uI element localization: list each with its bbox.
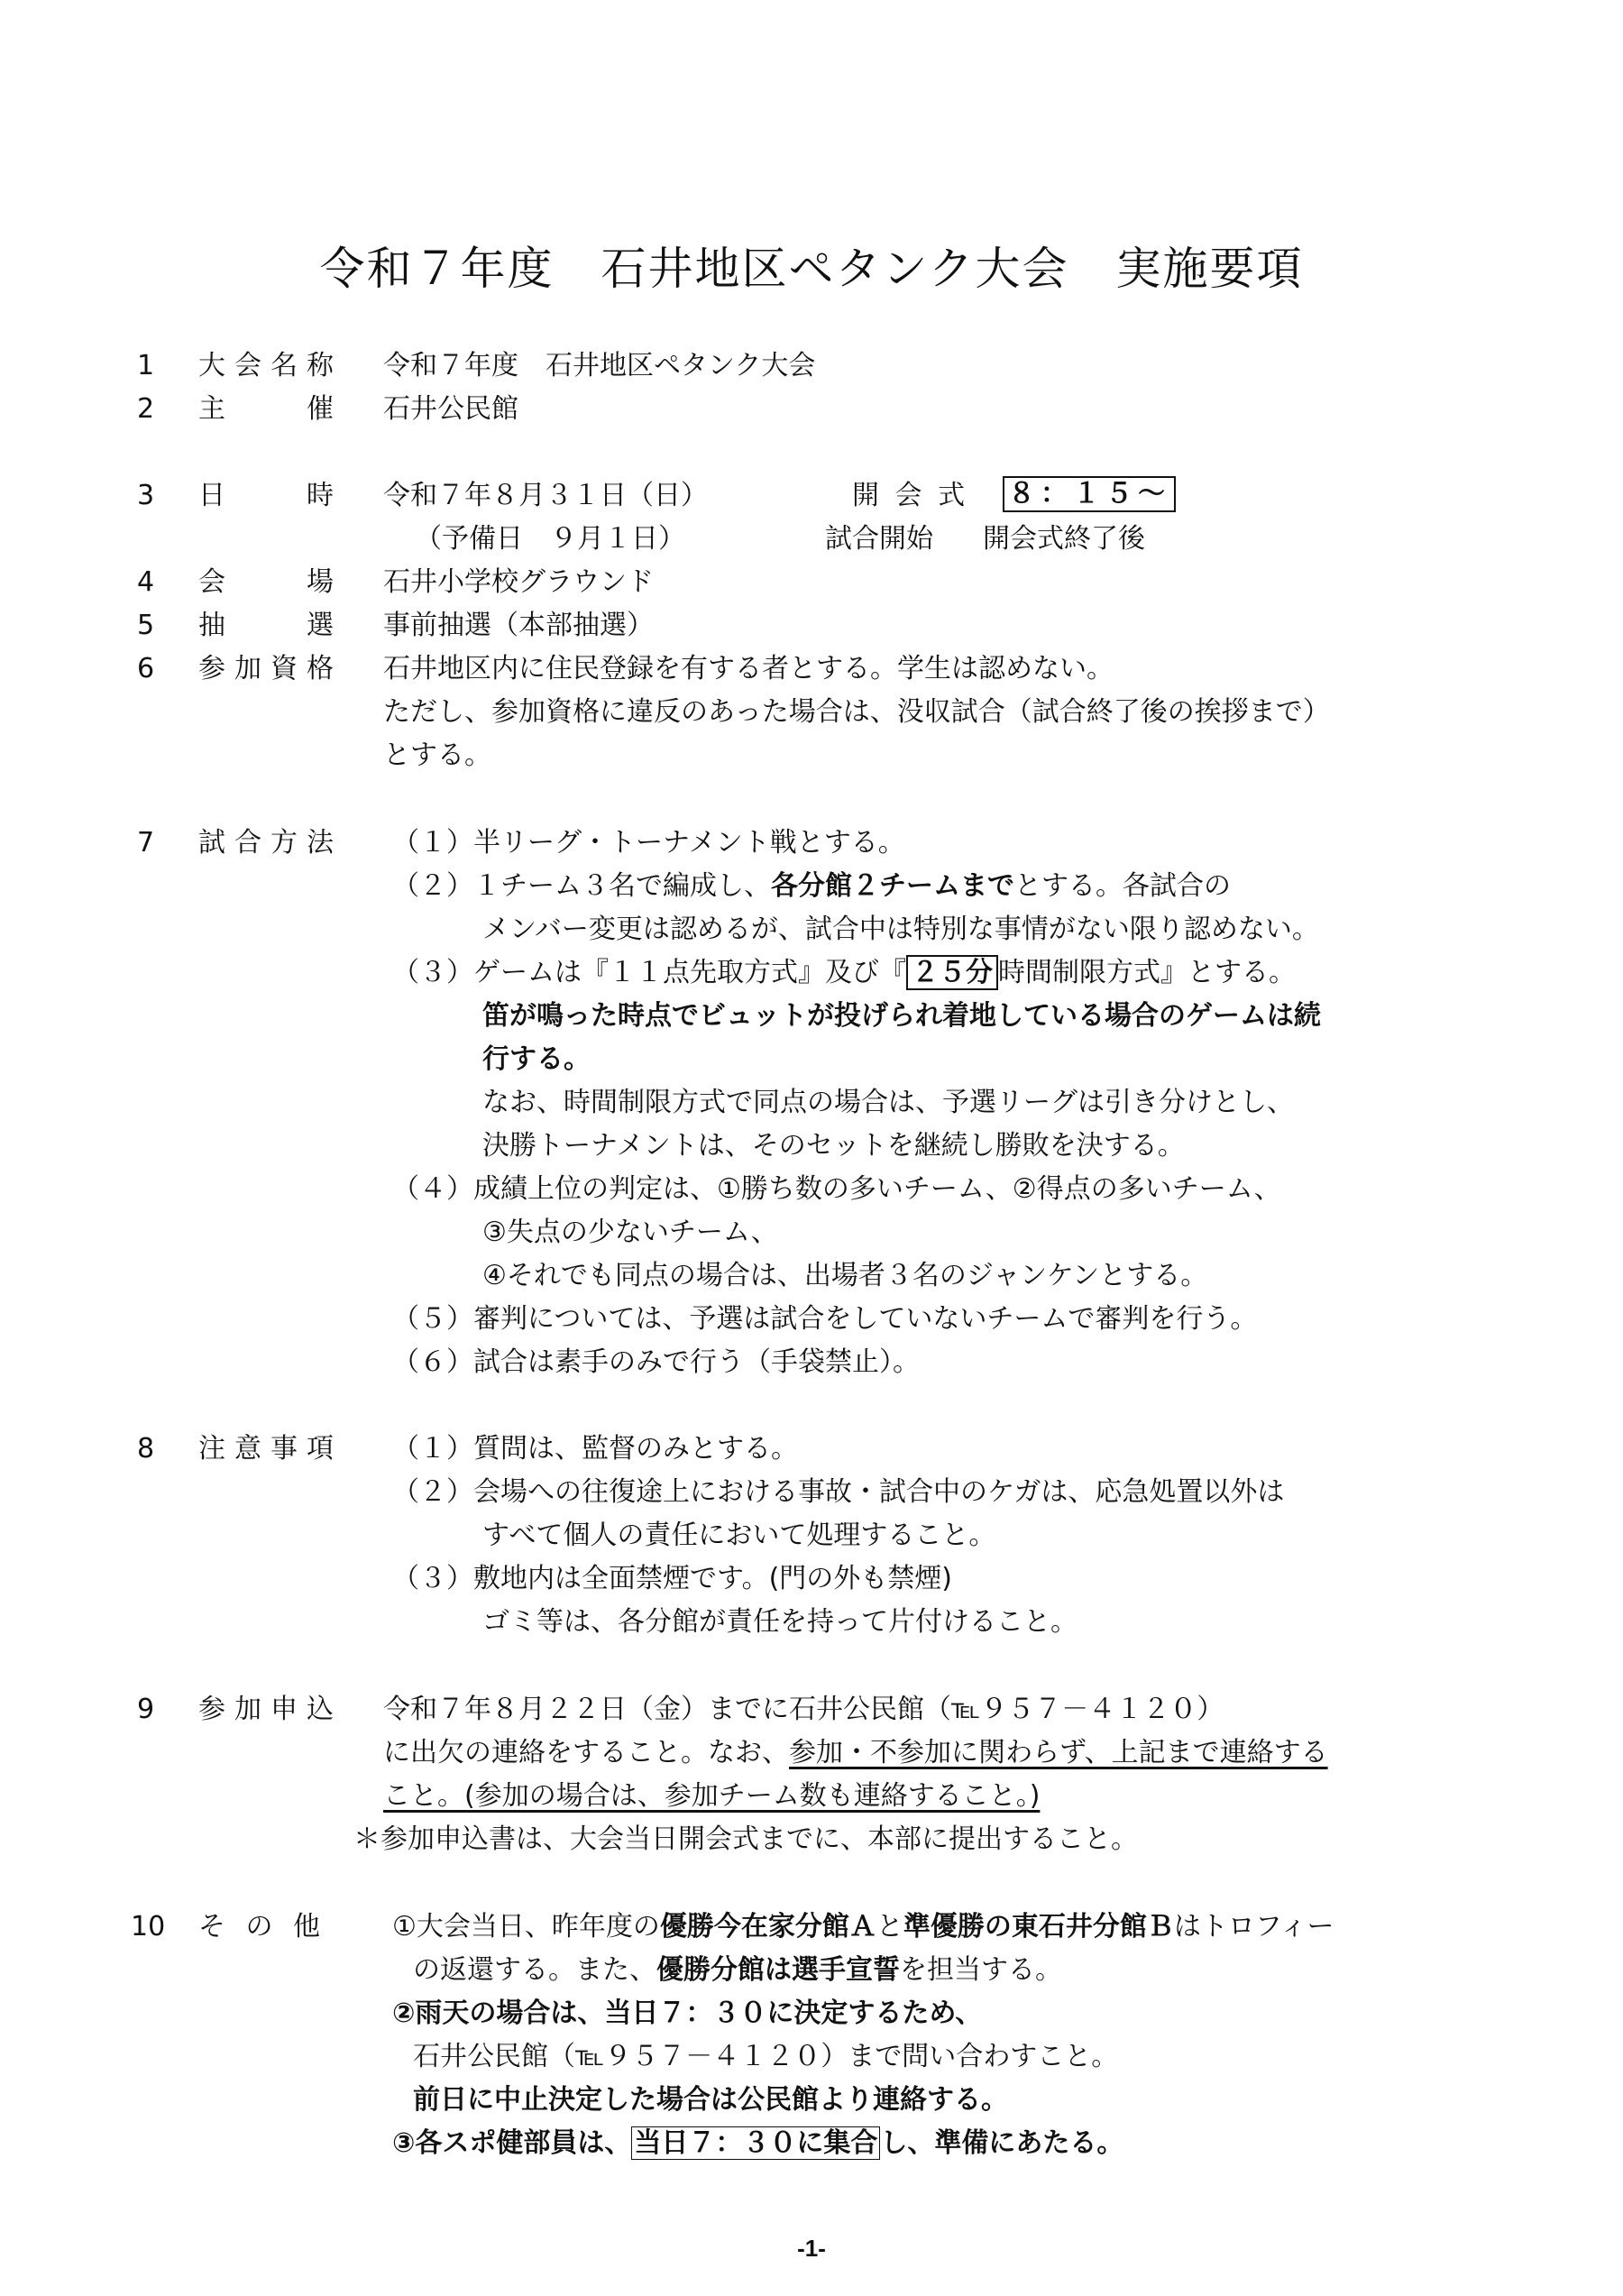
rule-item: （４）成績上位の判定は、①勝ち数の多いチーム、②得点の多いチーム、 <box>392 1173 1281 1206</box>
application-line: に出欠の連絡をすること。なお、参加・不参加に関わらず、上記まで連絡する <box>383 1737 1328 1769</box>
section-number: 1 <box>137 350 154 382</box>
other-item-continued: 前日に中止決定した場合は公民館より連絡する。 <box>413 2084 1008 2117</box>
rule-item-continued: 笛が鳴った時点でビュットが投げられ着地している場合のゲームは続 <box>482 1000 1321 1033</box>
eligibility-line: ただし、参加資格に違反のあった場合は、没収試合（試合終了後の挨拶まで） <box>383 696 1330 729</box>
ceremony-time: ８：１５～ <box>1003 476 1176 512</box>
section-number: 2 <box>137 393 154 426</box>
rule-item: （６）試合は素手のみで行う（手袋禁止）。 <box>392 1346 920 1379</box>
underlined-instruction: 参加・不参加に関わらず、上記まで連絡する <box>789 1737 1328 1768</box>
other-item-continued: の返還する。また、優勝分館は選手宣誓を担当する。 <box>413 1954 1062 1987</box>
match-start-label: 試合開始 <box>825 523 933 556</box>
rule-item: （５）審判については、予選は試合をしていないチームで審判を行う。 <box>392 1303 1257 1336</box>
underlined-instruction: こと。(参加の場合は、参加チーム数も連絡すること。) <box>383 1780 1040 1813</box>
reserve-day: （予備日 ９月１日） <box>415 523 685 556</box>
other-item: ③各スポ健部員は、当日７：３０に集合し、準備にあたる。 <box>392 2127 1123 2160</box>
rule-item: （２）１チーム３名で編成し、各分館２チームまでとする。各試合の <box>392 870 1231 903</box>
notice-item-continued: すべて個人の責任において処理すること。 <box>482 1520 995 1552</box>
section-number: 3 <box>137 480 154 512</box>
page-number: -1- <box>0 2235 1623 2263</box>
rule-item: （３）ゲームは『１１点先取方式』及び『２５分時間制限方式』とする。 <box>392 957 1296 989</box>
other-item: ①大会当日、昨年度の優勝今在家分館Ａと準優勝の東石井分館Ｂはトロフィー <box>392 1911 1334 1943</box>
page-title: 令和７年度 石井地区ペタンク大会 実施要項 <box>0 233 1623 298</box>
eligibility-line: 石井地区内に住民登録を有する者とする。学生は認めない。 <box>383 653 1114 685</box>
match-start-value: 開会式終了後 <box>983 523 1145 556</box>
notice-item-continued: ゴミ等は、各分館が責任を持って片付けること。 <box>482 1606 1077 1639</box>
rule-item-continued: なお、時間制限方式で同点の場合は、予選リーグは引き分けとし、 <box>482 1087 1294 1119</box>
rule-item-continued: ③失点の少ないチーム、 <box>482 1217 778 1249</box>
rule-item-continued: 決勝トーナメントは、そのセットを継続し勝敗を決する。 <box>482 1130 1185 1162</box>
notice-item: （１）質問は、監督のみとする。 <box>392 1433 798 1465</box>
section-label: 抽選 <box>198 610 334 642</box>
section-label: 大会名称 <box>198 350 334 382</box>
section-label: 日時 <box>198 480 334 512</box>
notice-item: （２）会場への往復途上における事故・試合中のケガは、応急処置以外は <box>392 1476 1284 1509</box>
venue: 石井小学校グラウンド <box>383 566 654 599</box>
section-number: 6 <box>137 653 154 685</box>
section-number: 4 <box>137 566 154 599</box>
rule-item: （１）半リーグ・トーナメント戦とする。 <box>392 827 905 859</box>
notice-item: （３）敷地内は全面禁煙です。(門の外も禁煙) <box>392 1563 952 1595</box>
section-label: 試合方法 <box>198 827 334 859</box>
draw-method: 事前抽選（本部抽選） <box>383 610 654 642</box>
application-deadline: 令和７年８月２２日（金）までに石井公民館（℡９５７－４１２０） <box>383 1694 1224 1726</box>
rule-item-continued: メンバー変更は認めるが、試合中は特別な事情がない限り認めない。 <box>482 914 1319 946</box>
section-number: 8 <box>137 1433 154 1465</box>
application-note: ＊参加申込書は、大会当日開会式までに、本部に提出すること。 <box>353 1823 1138 1856</box>
other-item-continued: 石井公民館（℡９５７－４１２０）まで問い合わすこと。 <box>413 2041 1118 2073</box>
rule-item-continued: 行する。 <box>482 1043 591 1076</box>
section-label: 参加資格 <box>198 653 334 685</box>
tournament-name: 令和７年度 石井地区ペタンク大会 <box>383 350 815 382</box>
section-number: 7 <box>137 827 154 859</box>
section-number: 5 <box>137 610 154 642</box>
organizer: 石井公民館 <box>383 393 518 426</box>
time-limit-box: ２５分 <box>906 955 998 990</box>
event-date: 令和７年８月３１日（日） <box>383 480 708 512</box>
section-label: 主催 <box>198 393 334 426</box>
document-page: 令和７年度 石井地区ペタンク大会 実施要項 1 大会名称 令和７年度 石井地区ペ… <box>0 0 1623 2296</box>
section-number: 10 <box>131 1911 165 1943</box>
other-item: ②雨天の場合は、当日７：３０に決定するため、 <box>392 1998 982 2030</box>
ceremony-label: 開 会 式 <box>852 480 968 512</box>
section-label: 会場 <box>198 566 334 599</box>
eligibility-line: とする。 <box>383 739 491 772</box>
section-label: 注意事項 <box>198 1433 334 1465</box>
rule-item-continued: ④それでも同点の場合は、出場者３名のジャンケンとする。 <box>482 1260 1207 1292</box>
section-number: 9 <box>137 1694 154 1726</box>
assembly-time-box: 当日７：３０に集合 <box>631 2126 880 2160</box>
section-label: その他 <box>198 1911 320 1943</box>
section-label: 参加申込 <box>198 1694 334 1726</box>
